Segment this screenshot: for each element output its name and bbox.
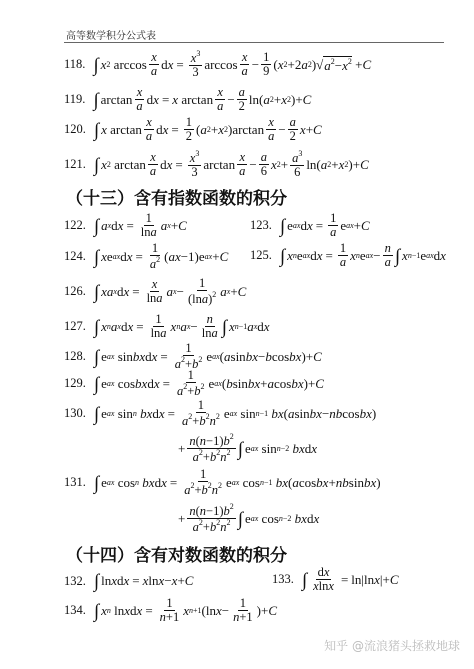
formula-126: 126. ∫xaxdx=xlnaax−1(lna)2ax+C [64,277,246,306]
section-title-exponential: （十三）含有指数函数的积分 [66,184,287,209]
header-title: 高等数学积分公式表 [66,27,156,42]
formula-131-continued: +n(n−1)b2a2+b2n2∫eax cosn−2 bxdx [178,503,319,534]
formula-130-continued: +n(n−1)b2a2+b2n2∫eax sinn−2 bxdx [178,433,317,464]
formula-133: 133. ∫dxxlnx=ln|lnx|+C [272,566,399,593]
formula-125: 125. ∫xneaxdx=1axneax−na∫xn−1eaxdx [250,242,446,269]
formula-123: 123. ∫eaxdx=1aeax+C [250,212,370,239]
section-title-logarithmic: （十四）含有对数函数的积分 [66,541,287,566]
formula-132: 132. ∫lnxdx=xlnx−x+C [64,570,193,592]
formula-127: 127. ∫xnaxdx=1lnaxnax−nlna∫xn−1axdx [64,313,270,340]
formula-120: 120. ∫x arctanxadx=12(a2+x2)arctanxa−a2x… [64,116,322,143]
document-header: 高等数学积分公式表 [64,26,444,43]
formula-122: 122. ∫axdx=1lnaax+C [64,212,187,239]
watermark: 知乎 @流浪猪头拯救地球 [324,637,460,654]
formula-124: 124. ∫xeaxdx=1a2(ax−1)eax+C [64,242,228,271]
formula-134: 134. ∫xn lnxdx=1n+1xn+1(lnx−1n+1)+C [64,597,277,624]
formula-119: 119. ∫arctanxadx=x arctanxa−a2ln(a2+x2)+… [64,86,311,113]
formula-118: 118. ∫x2 arccosxadx=x33arccosxa−19(x2+2a… [64,50,371,79]
formula-131: 131. ∫eax cosn bxdx=1a2+b2n2eax cosn−1 b… [64,468,381,497]
formula-129: 129. ∫eax cosbxdx=1a2+b2eax(bsinbx+acosb… [64,369,324,398]
formula-121: 121. ∫x2 arctanxadx=x33arctanxa−a6x2+a36… [64,150,369,179]
formula-128: 128. ∫eax sinbxdx=1a2+b2eax(asinbx−bcosb… [64,342,322,371]
formula-130: 130. ∫eax sinn bxdx=1a2+b2n2eax sinn−1 b… [64,399,376,428]
